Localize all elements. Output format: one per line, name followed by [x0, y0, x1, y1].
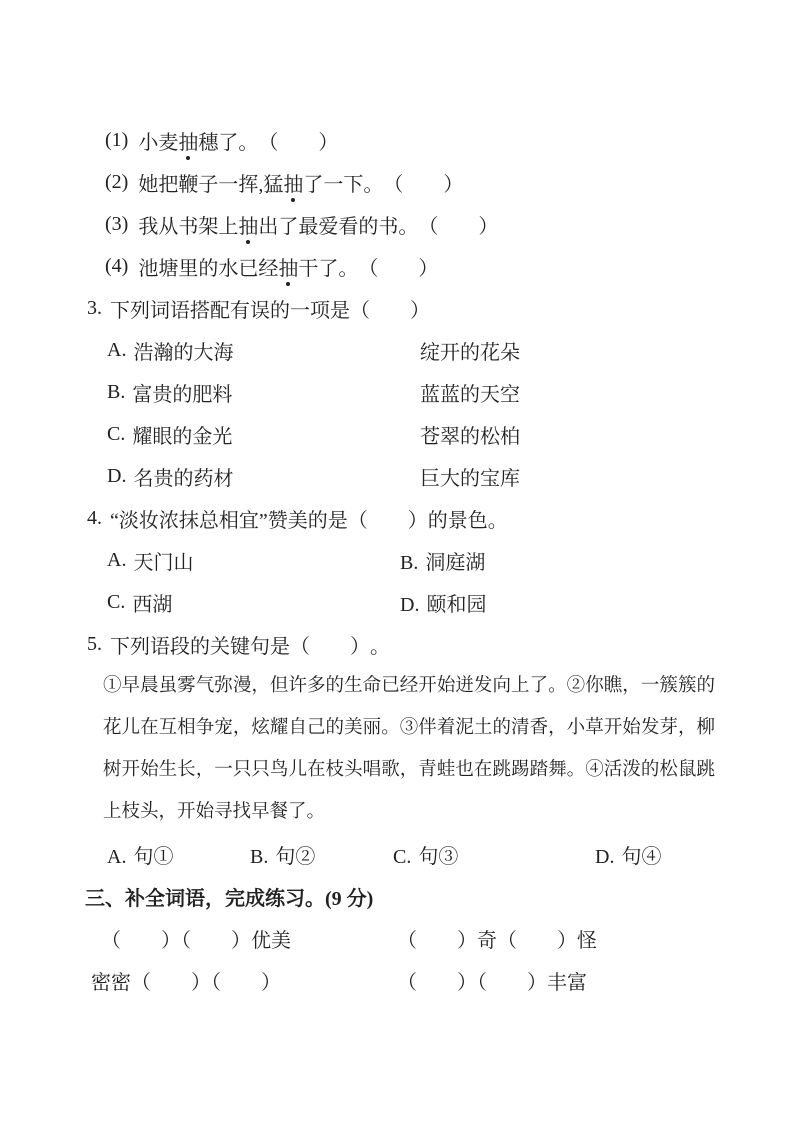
- question-text: “淡妆浓抹总相宜”赞美的是: [110, 504, 348, 533]
- sentence-item-2: (2) 她把鞭子一挥,猛 抽 了一下。 （ ）: [87, 161, 793, 203]
- option-label: C.: [393, 846, 411, 868]
- option-label: B.: [400, 552, 418, 574]
- passage-line-4: 上枝头，开始寻找早餐了。: [103, 791, 715, 833]
- answer-blank: （ ）: [348, 504, 428, 533]
- question4-options-row-2: C. 西湖 D.颐和园: [87, 581, 793, 623]
- question-text-end: 。: [370, 630, 390, 659]
- answer-blank: （ ）: [350, 294, 430, 323]
- sentence-pre: 池塘里的水已经: [138, 252, 278, 281]
- emphasized-char: 抽: [278, 252, 298, 281]
- option-text-left: 浩瀚的大海: [133, 336, 233, 365]
- word-blank-left: 密密（ ）（ ）: [87, 966, 281, 995]
- sentence-post: 了一下。: [303, 168, 383, 197]
- question-text-end: 的景色。: [428, 504, 508, 533]
- emphasized-char: 抽: [178, 126, 198, 155]
- answer-blank: （ ）: [358, 252, 438, 281]
- answer-blank: （ ）: [290, 630, 370, 659]
- option-text-left: 耀眼的金光: [132, 420, 232, 449]
- option-text: 句①: [133, 846, 173, 868]
- answer-blank: （ ）: [383, 168, 463, 197]
- sentence-pre: 她把鞭子一挥,猛: [138, 168, 283, 197]
- option-label: C.: [107, 591, 125, 614]
- question-text: 下列语段的关键句是: [110, 630, 290, 659]
- question3-option-d: D. 名贵的药材 巨大的宝库: [87, 455, 793, 497]
- option-a: A.句①: [107, 840, 173, 869]
- option-d: D.颐和园: [400, 588, 486, 617]
- sentence-post: 出了最爱看的书。: [258, 210, 418, 239]
- question4-stem: 4. “淡妆浓抹总相宜”赞美的是 （ ） 的景色。: [87, 497, 793, 539]
- option-label: A.: [107, 339, 126, 362]
- sentence-item-3: (3) 我从书架上 抽 出了最爱看的书。 （ ）: [87, 203, 793, 245]
- question3-option-a: A. 浩瀚的大海 绽开的花朵: [87, 329, 793, 371]
- option-text-right: 苍翠的松柏: [420, 420, 520, 449]
- option-text: 颐和园: [426, 594, 486, 616]
- question3-option-c: C. 耀眼的金光 苍翠的松柏: [87, 413, 793, 455]
- passage-line-1: ①早晨虽雾气弥漫，但许多的生命已经开始迸发向上了。②你瞧，一簇簇的: [103, 665, 715, 707]
- sentence-pre: 小麦: [138, 126, 178, 155]
- question5-options-row: A.句① B.句② C.句③ D.句④: [87, 833, 793, 875]
- item-number: (2): [105, 171, 128, 194]
- option-b: B.句②: [250, 840, 315, 869]
- option-b: B.洞庭湖: [400, 546, 485, 575]
- sentence-item-1: (1) 小麦 抽 穗了。 （ ）: [87, 119, 793, 161]
- option-label: D.: [595, 846, 614, 868]
- option-text-right: 巨大的宝库: [420, 462, 520, 491]
- option-text-right: 绽开的花朵: [420, 336, 520, 365]
- sentence-post: 穗了。: [198, 126, 258, 155]
- option-label: B.: [107, 381, 125, 404]
- sentence-item-4: (4) 池塘里的水已经 抽 干了。 （ ）: [87, 245, 793, 287]
- section3-row-1: （ ）（ ）优美 （ ）奇（ ）怪: [87, 917, 793, 959]
- emphasized-char: 抽: [283, 168, 303, 197]
- option-d: D.句④: [595, 840, 661, 869]
- option-label: B.: [250, 846, 268, 868]
- passage-line-2: 花儿在互相争宠，炫耀自己的美丽。③伴着泥土的清香，小草开始发芽，柳: [103, 707, 715, 749]
- question3-stem: 3. 下列词语搭配有误的一项是 （ ）: [87, 287, 793, 329]
- option-label: A.: [107, 846, 126, 868]
- emphasized-char: 抽: [238, 210, 258, 239]
- sentence-pre: 我从书架上: [138, 210, 238, 239]
- section3-heading-line: 三、补全词语，完成练习。(9 分): [87, 875, 793, 917]
- option-text: 洞庭湖: [425, 552, 485, 574]
- worksheet-content: (1) 小麦 抽 穗了。 （ ） (2) 她把鞭子一挥,猛 抽 了一下。 （ ）…: [0, 0, 793, 1001]
- question5-stem: 5. 下列语段的关键句是 （ ） 。: [87, 623, 793, 665]
- option-text: 句③: [418, 846, 458, 868]
- question-text: 下列词语搭配有误的一项是: [110, 294, 350, 323]
- question-number: 4.: [87, 507, 102, 530]
- section3-row-2: 密密（ ）（ ） （ ）（ ）丰富: [87, 959, 793, 1001]
- worksheet-page: (1) 小麦 抽 穗了。 （ ） (2) 她把鞭子一挥,猛 抽 了一下。 （ ）…: [0, 0, 793, 1122]
- option-text: 西湖: [132, 588, 172, 617]
- answer-blank: （ ）: [418, 210, 498, 239]
- word-blank-right: （ ）（ ）丰富: [397, 966, 587, 995]
- option-text-left: 富贵的肥料: [132, 378, 232, 407]
- section-heading: 三、补全词语，完成练习。(9 分): [85, 882, 373, 911]
- passage-line-3: 树开始生长，一只只鸟儿在枝头唱歌，青蛙也在跳踢踏舞。④活泼的松鼠跳: [103, 749, 715, 791]
- word-blank-right: （ ）奇（ ）怪: [397, 924, 597, 953]
- question-number: 5.: [87, 633, 102, 656]
- answer-blank: （ ）: [258, 126, 338, 155]
- option-text: 句②: [275, 846, 315, 868]
- option-text: 句④: [621, 846, 661, 868]
- item-number: (4): [105, 255, 128, 278]
- option-text: 天门山: [133, 546, 193, 575]
- option-label: C.: [107, 423, 125, 446]
- question-number: 3.: [87, 297, 102, 320]
- item-number: (3): [105, 213, 128, 236]
- word-blank-left: （ ）（ ）优美: [87, 924, 291, 953]
- option-text-right: 蓝蓝的天空: [420, 378, 520, 407]
- option-label: A.: [107, 549, 126, 572]
- item-number: (1): [105, 129, 128, 152]
- question4-options-row-1: A. 天门山 B.洞庭湖: [87, 539, 793, 581]
- option-text-left: 名贵的药材: [133, 462, 233, 491]
- option-label: D.: [400, 594, 419, 616]
- option-c: C.句③: [393, 840, 458, 869]
- question3-option-b: B. 富贵的肥料 蓝蓝的天空: [87, 371, 793, 413]
- sentence-post: 干了。: [298, 252, 358, 281]
- option-label: D.: [107, 465, 126, 488]
